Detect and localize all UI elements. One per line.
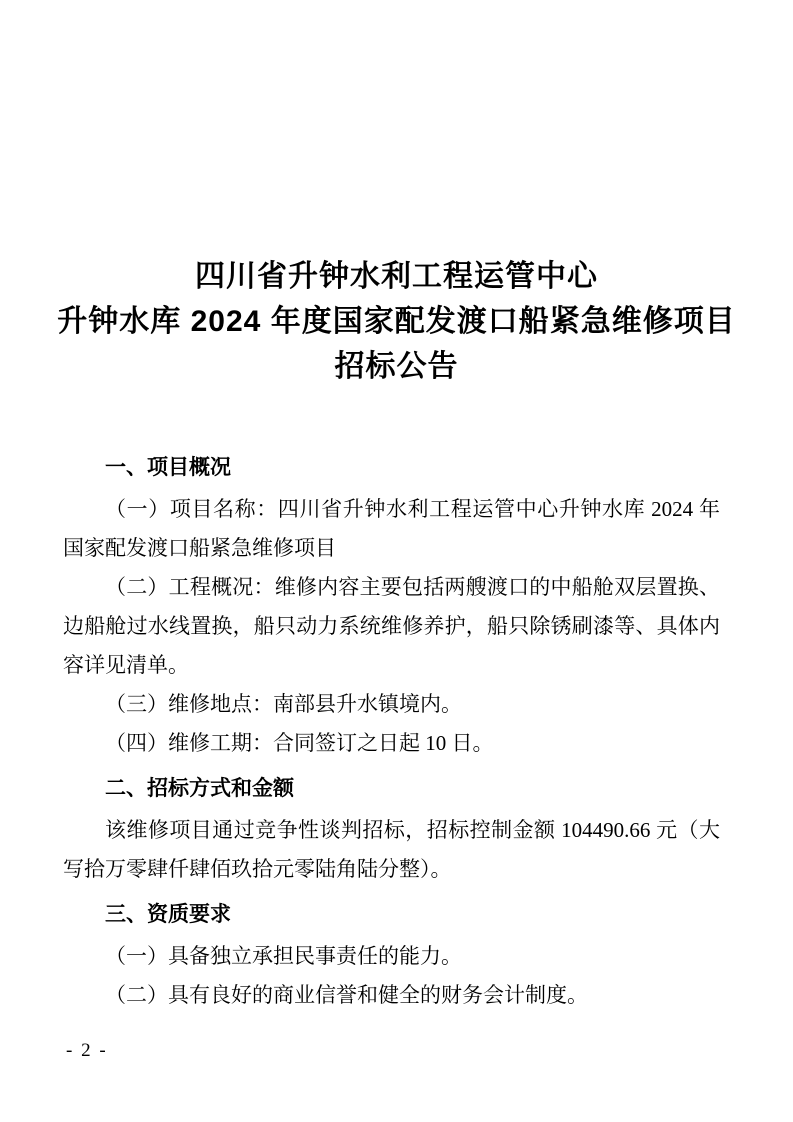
paragraph-qualification-1: （一）具备独立承担民事责任的能力。	[63, 937, 720, 976]
paragraph-qualification-2: （二）具有良好的商业信誉和健全的财务会计制度。	[63, 976, 720, 1015]
title-line-3: 招标公告	[0, 344, 793, 389]
paragraph-project-name: （一）项目名称：四川省升钟水利工程运管中心升钟水库 2024 年国家配发渡口船紧…	[63, 490, 720, 568]
section-project-overview: 一、项目概况 （一）项目名称：四川省升钟水利工程运管中心升钟水库 2024 年国…	[63, 448, 720, 763]
paragraph-project-scope: （二）工程概况：维修内容主要包括两艘渡口的中船舱双层置换、边船舱过水线置换，船只…	[63, 568, 720, 685]
title-line-2: 升钟水库 2024 年度国家配发渡口船紧急维修项目	[0, 299, 793, 344]
document-title: 四川省升钟水利工程运管中心 升钟水库 2024 年度国家配发渡口船紧急维修项目 …	[0, 254, 793, 389]
section-heading: 一、项目概况	[63, 448, 720, 487]
paragraph-repair-duration: （四）维修工期：合同签订之日起 10 日。	[63, 724, 720, 763]
document-body: 一、项目概况 （一）项目名称：四川省升钟水利工程运管中心升钟水库 2024 年国…	[63, 448, 720, 1015]
title-line-1: 四川省升钟水利工程运管中心	[0, 254, 793, 299]
section-heading: 二、招标方式和金额	[63, 769, 720, 808]
section-qualification-requirements: 三、资质要求 （一）具备独立承担民事责任的能力。 （二）具有良好的商业信誉和健全…	[63, 895, 720, 1015]
document-page: 四川省升钟水利工程运管中心 升钟水库 2024 年度国家配发渡口船紧急维修项目 …	[0, 0, 793, 1122]
section-bidding-method-amount: 二、招标方式和金额 该维修项目通过竞争性谈判招标，招标控制金额 104490.6…	[63, 769, 720, 889]
page-number: - 2 -	[66, 1040, 108, 1062]
paragraph-bidding-amount: 该维修项目通过竞争性谈判招标，招标控制金额 104490.66 元（大写拾万零肆…	[63, 811, 720, 889]
paragraph-repair-location: （三）维修地点：南部县升水镇境内。	[63, 685, 720, 724]
section-heading: 三、资质要求	[63, 895, 720, 934]
